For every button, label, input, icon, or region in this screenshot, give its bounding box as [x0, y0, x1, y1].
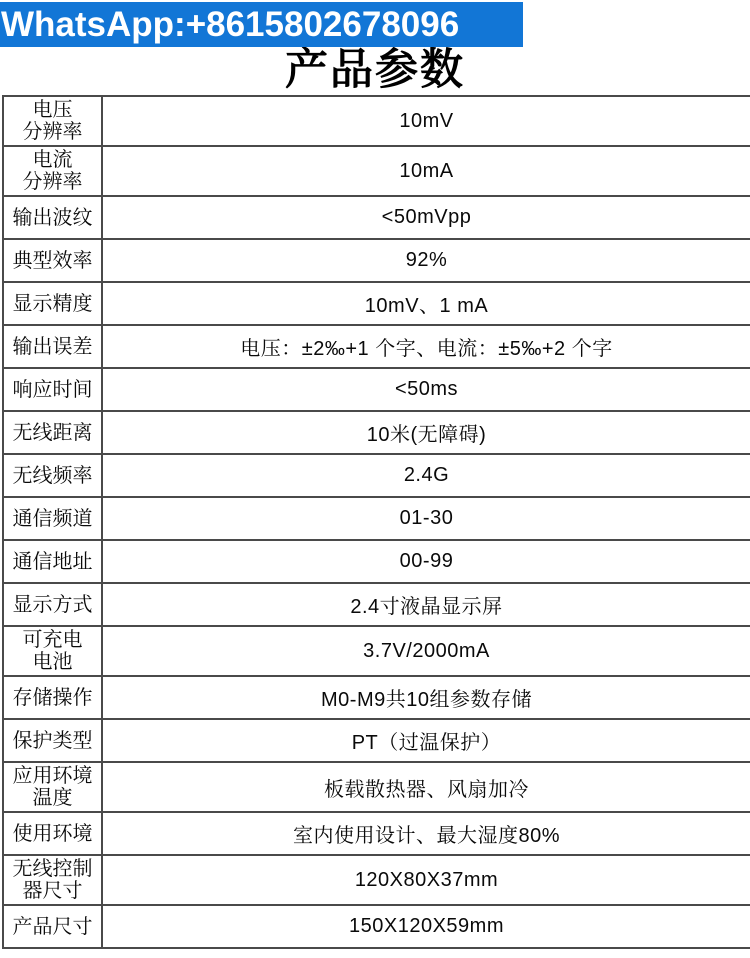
table-row: 输出误差电压：±2‰+1 个字、电流：±5‰+2 个字: [3, 325, 750, 368]
spec-value: 2.4寸液晶显示屏: [102, 583, 750, 626]
table-row: 输出波纹<50mVpp: [3, 196, 750, 239]
spec-value: 室内使用设计、最大湿度80%: [102, 812, 750, 855]
spec-label: 输出误差: [3, 325, 102, 368]
table-row: 存储操作M0-M9共10组参数存储: [3, 676, 750, 719]
spec-label: 典型效率: [3, 239, 102, 282]
spec-label: 通信地址: [3, 540, 102, 583]
spec-value: <50ms: [102, 368, 750, 411]
spec-value: 3.7V/2000mA: [102, 626, 750, 676]
spec-label: 可充电 电池: [3, 626, 102, 676]
spec-label: 无线控制 器尺寸: [3, 855, 102, 905]
table-row: 电压 分辨率10mV: [3, 96, 750, 146]
table-row: 应用环境 温度板载散热器、风扇加冷: [3, 762, 750, 812]
spec-label: 显示精度: [3, 282, 102, 325]
spec-table: 电压 分辨率10mV电流 分辨率10mA输出波纹<50mVpp典型效率92%显示…: [2, 95, 750, 949]
spec-label: 响应时间: [3, 368, 102, 411]
spec-value: 电压：±2‰+1 个字、电流：±5‰+2 个字: [102, 325, 750, 368]
table-row: 无线控制 器尺寸120X80X37mm: [3, 855, 750, 905]
table-row: 典型效率92%: [3, 239, 750, 282]
table-row: 电流 分辨率10mA: [3, 146, 750, 196]
whatsapp-banner: WhatsApp:+8615802678096: [0, 2, 523, 47]
table-row: 显示精度10mV、1 mA: [3, 282, 750, 325]
spec-value: 10米(无障碍): [102, 411, 750, 454]
spec-label: 保护类型: [3, 719, 102, 762]
spec-value: 10mV: [102, 96, 750, 146]
table-row: 产品尺寸150X120X59mm: [3, 905, 750, 948]
table-row: 通信地址00-99: [3, 540, 750, 583]
spec-label: 电压 分辨率: [3, 96, 102, 146]
spec-value: 10mA: [102, 146, 750, 196]
spec-label: 电流 分辨率: [3, 146, 102, 196]
spec-label: 无线频率: [3, 454, 102, 497]
spec-value: M0-M9共10组参数存储: [102, 676, 750, 719]
spec-label: 无线距离: [3, 411, 102, 454]
spec-value: 92%: [102, 239, 750, 282]
table-row: 可充电 电池3.7V/2000mA: [3, 626, 750, 676]
spec-value: 10mV、1 mA: [102, 282, 750, 325]
table-row: 响应时间<50ms: [3, 368, 750, 411]
product-spec-page: WhatsApp:+8615802678096 产品参数 电压 分辨率10mV电…: [0, 0, 750, 958]
spec-value: 2.4G: [102, 454, 750, 497]
spec-label: 输出波纹: [3, 196, 102, 239]
spec-value: 120X80X37mm: [102, 855, 750, 905]
spec-value: 00-99: [102, 540, 750, 583]
table-row: 无线距离10米(无障碍): [3, 411, 750, 454]
table-row: 使用环境室内使用设计、最大湿度80%: [3, 812, 750, 855]
spec-table-body: 电压 分辨率10mV电流 分辨率10mA输出波纹<50mVpp典型效率92%显示…: [3, 96, 750, 948]
table-row: 保护类型PT（过温保护）: [3, 719, 750, 762]
spec-value: 150X120X59mm: [102, 905, 750, 948]
spec-label: 通信频道: [3, 497, 102, 540]
spec-value: <50mVpp: [102, 196, 750, 239]
spec-value: 01-30: [102, 497, 750, 540]
spec-value: PT（过温保护）: [102, 719, 750, 762]
spec-label: 存储操作: [3, 676, 102, 719]
table-row: 通信频道01-30: [3, 497, 750, 540]
spec-label: 应用环境 温度: [3, 762, 102, 812]
spec-label: 使用环境: [3, 812, 102, 855]
spec-value: 板载散热器、风扇加冷: [102, 762, 750, 812]
whatsapp-contact-text: WhatsApp:+8615802678096: [0, 5, 459, 45]
spec-label: 产品尺寸: [3, 905, 102, 948]
table-row: 无线频率2.4G: [3, 454, 750, 497]
table-row: 显示方式2.4寸液晶显示屏: [3, 583, 750, 626]
spec-label: 显示方式: [3, 583, 102, 626]
